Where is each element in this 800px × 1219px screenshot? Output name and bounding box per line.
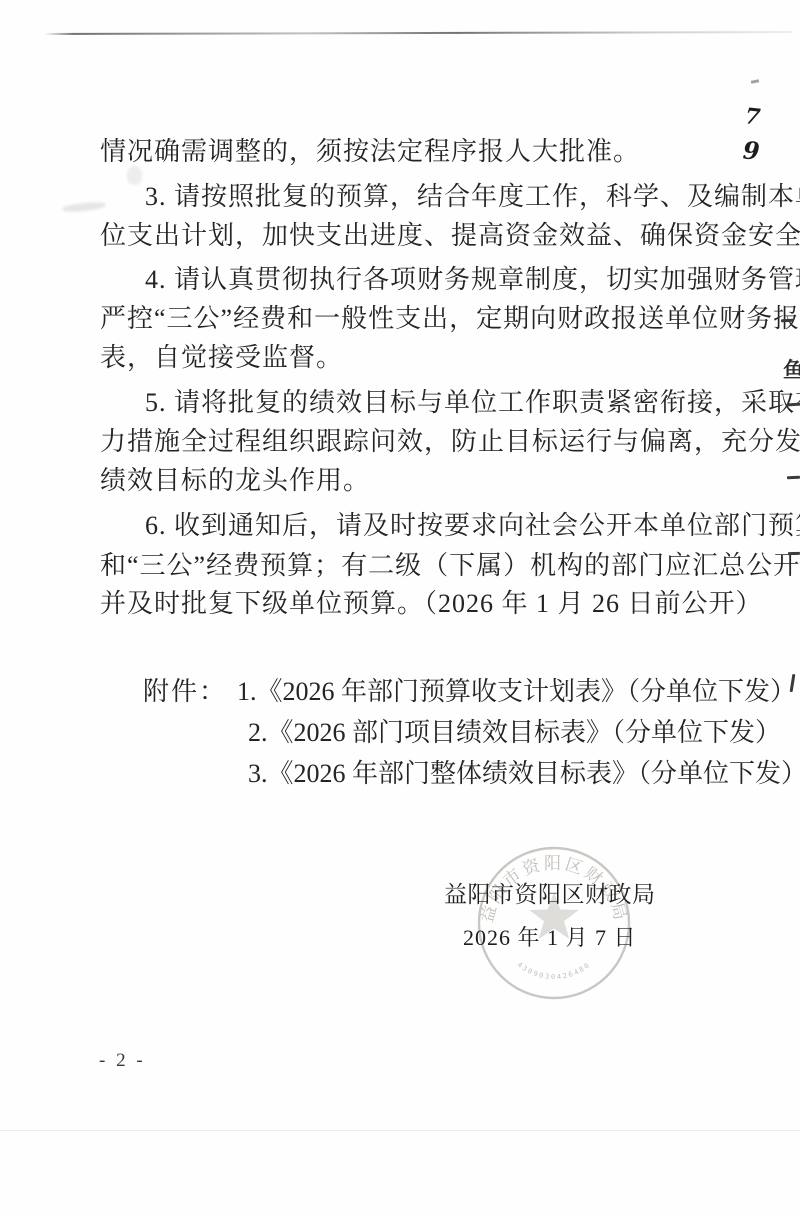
scan-artifact-glyph: 7 <box>744 103 762 130</box>
body-line: 位支出计划，加快支出进度、提高资金效益、确保资金安全。 <box>100 220 700 252</box>
scan-artifact-glyph: 9 <box>742 135 761 165</box>
attachment-item: 2.《2026 部门项目绩效目标表》（分单位下发） <box>248 712 781 749</box>
scan-line-faint <box>0 1130 800 1131</box>
scan-fold-line <box>44 31 792 35</box>
scan-smudge <box>62 201 107 214</box>
body-line: 情况确需调整的，须按法定程序报人大批准。 <box>100 136 700 168</box>
seal-serial-number: 4309030426480 <box>516 961 593 982</box>
body-line: 和“三公”经费预算；有二级（下属）机构的部门应汇总公开 <box>100 550 700 582</box>
body-line: 严控“三公”经费和一般性支出，定期向财政报送单位财务报 <box>100 303 700 335</box>
svg-text:4309030426480: 4309030426480 <box>516 961 593 982</box>
body-line: 5. 请将批复的绩效目标与单位工作职责紧密衔接，采取有 <box>145 387 745 419</box>
body-line: 6. 收到通知后，请及时按要求向社会公开本单位部门预算 <box>145 510 745 542</box>
body-line: 3. 请按照批复的预算，结合年度工作，科学、及编制本单 <box>145 181 745 213</box>
body-line: 力措施全过程组织跟踪问效，防止目标运行与偏离，充分发挥 <box>100 426 700 458</box>
scan-artifact-dash <box>788 552 800 555</box>
attachment-item: 1.《2026 年部门预算收支计划表》（分单位下发） <box>237 671 796 708</box>
issue-date: 2026 年 1 月 7 日 <box>463 921 637 952</box>
body-line: 表，自觉接受监督。 <box>100 342 700 374</box>
scan-artifact-dash <box>787 476 800 480</box>
scan-smudge <box>127 166 142 185</box>
attachment-item: 3.《2026 年部门整体绩效目标表》（分单位下发） <box>248 753 800 790</box>
scanned-document-page: 情况确需调整的，须按法定程序报人大批准。 3. 请按照批复的预算，结合年度工作，… <box>0 0 800 1219</box>
attachments-label: 附件： <box>143 671 227 708</box>
page-number: - 2 - <box>99 1050 146 1072</box>
scan-artifact-partial-character: 鱼 <box>783 354 800 384</box>
body-line: 4. 请认真贯彻执行各项财务规章制度，切实加强财务管理， <box>145 264 745 296</box>
body-line: 并及时批复下级单位预算。（2026 年 1 月 26 日前公开） <box>100 588 700 620</box>
issuer-name: 益阳市资阳区财政局 <box>444 876 656 909</box>
body-line: 绩效目标的龙头作用。 <box>100 465 700 497</box>
scan-artifact <box>751 79 759 84</box>
